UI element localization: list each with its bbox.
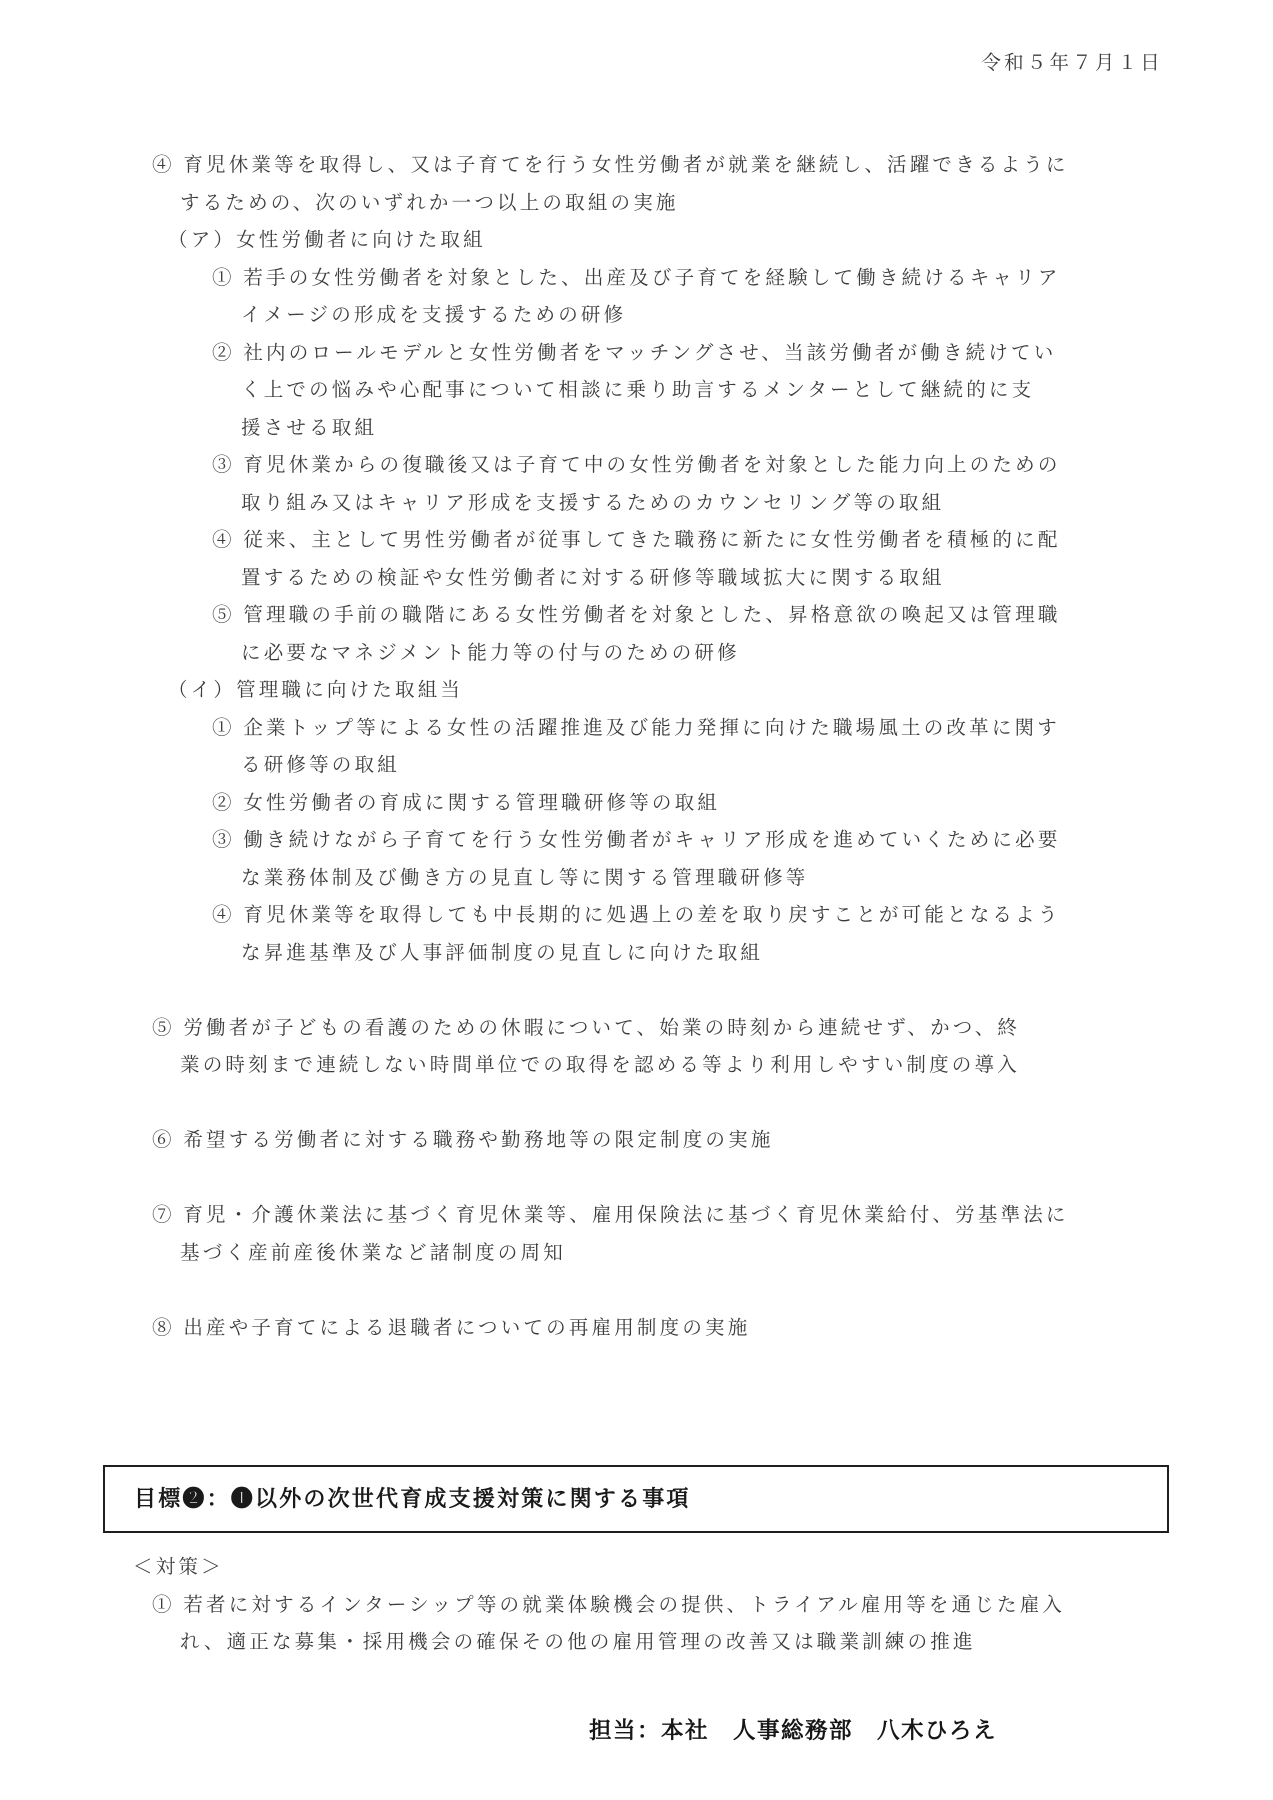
goal2-title-box: 目標❷：❶以外の次世代育成支援対策に関する事項 bbox=[103, 1465, 1169, 1533]
contact-line: 担当：本社 人事総務部 八木ひろえ bbox=[0, 1712, 997, 1750]
group-i-heading: （イ）管理職に向けた取組当 bbox=[168, 672, 1273, 710]
goal2-item-1: ① 若者に対するインターシップ等の就業体験機会の提供、トライアル雇用等を通じた雇… bbox=[152, 1587, 1183, 1662]
group-i-item-2: ② 女性労働者の育成に関する管理職研修等の取組 bbox=[212, 785, 1193, 823]
document-body: ④ 育児休業等を取得し、又は子育てを行う女性労働者が就業を継続し、活躍できるよう… bbox=[0, 0, 1273, 1749]
group-a-heading: （ア）女性労働者に向けた取組 bbox=[168, 222, 1273, 260]
group-a-item-5: ⑤ 管理職の手前の職階にある女性労働者を対象とした、昇格意欲の喚起又は管理職 に… bbox=[212, 597, 1193, 672]
goal1-item-6: ⑥ 希望する労働者に対する職務や勤務地等の限定制度の実施 bbox=[152, 1122, 1183, 1160]
goal1-item-7: ⑦ 育児・介護休業法に基づく育児休業等、雇用保険法に基づく育児休業給付、労基準法… bbox=[152, 1197, 1183, 1272]
group-a-item-3: ③ 育児休業からの復職後又は子育て中の女性労働者を対象とした能力向上のための 取… bbox=[212, 447, 1193, 522]
group-a-item-2: ② 社内のロールモデルと女性労働者をマッチングさせ、当該労働者が働き続けてい く… bbox=[212, 335, 1193, 448]
group-a-item-4: ④ 従来、主として男性労働者が従事してきた職務に新たに女性労働者を積極的に配 置… bbox=[212, 522, 1193, 597]
group-a-item-1: ① 若手の女性労働者を対象とした、出産及び子育てを経験して働き続けるキャリア イ… bbox=[212, 260, 1193, 335]
goal1-item-4: ④ 育児休業等を取得し、又は子育てを行う女性労働者が就業を継続し、活躍できるよう… bbox=[152, 147, 1183, 222]
document-page: 令和５年７月１日 ④ 育児休業等を取得し、又は子育てを行う女性労働者が就業を継続… bbox=[0, 0, 1273, 1800]
measures-label: ＜対策＞ bbox=[133, 1549, 1273, 1587]
group-i-item-4: ④ 育児休業等を取得しても中長期的に処遇上の差を取り戻すことが可能となるよう な… bbox=[212, 897, 1193, 972]
group-i-item-3: ③ 働き続けながら子育てを行う女性労働者がキャリア形成を進めていくために必要 な… bbox=[212, 822, 1193, 897]
group-i-item-1: ① 企業トップ等による女性の活躍推進及び能力発揮に向けた職場風土の改革に関す る… bbox=[212, 710, 1193, 785]
goal1-item-5: ⑤ 労働者が子どもの看護のための休暇について、始業の時刻から連続せず、かつ、終 … bbox=[152, 1010, 1183, 1085]
goal2-title: 目標❷：❶以外の次世代育成支援対策に関する事項 bbox=[134, 1480, 691, 1518]
goal1-item-8: ⑧ 出産や子育てによる退職者についての再雇用制度の実施 bbox=[152, 1310, 1183, 1348]
document-date: 令和５年７月１日 bbox=[981, 45, 1163, 83]
